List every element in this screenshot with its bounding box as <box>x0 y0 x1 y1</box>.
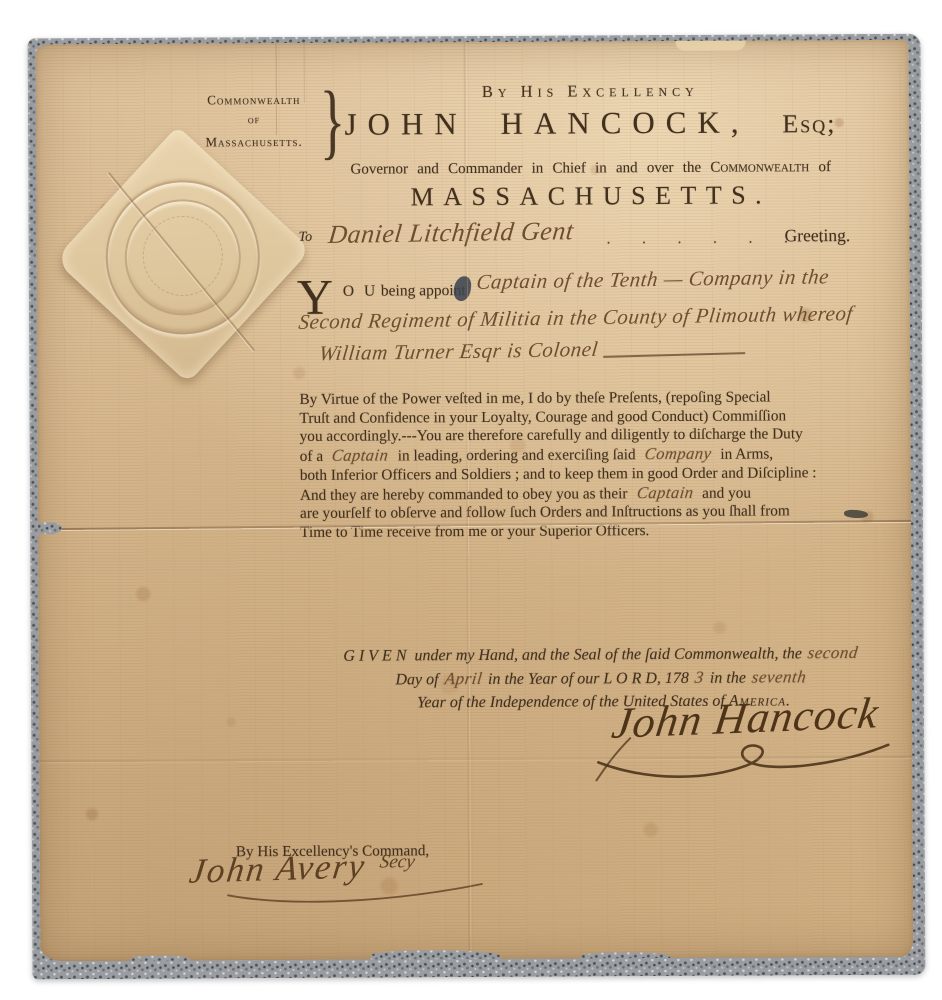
governor-line-commonwealth: Commonwealth <box>710 159 809 176</box>
body-line-5: both Inferior Officers and Soldiers ; an… <box>300 464 884 486</box>
ink-blot <box>453 275 472 302</box>
signature-name-text: John Hancock <box>608 687 881 749</box>
appointment-handwritten-line3: William Turner Esqr is Colonel <box>318 337 600 366</box>
given-line-1: GIVEN under my Hand, and the Seal of the… <box>307 641 901 668</box>
hancock-name: John Hancock, <box>344 105 749 142</box>
handwritten-day-ordinal: second <box>807 641 860 664</box>
governor-line: Governor and Commander in Chief in and o… <box>298 159 883 179</box>
given-line-1-rest: under my Hand, and the Seal of the ſaid … <box>414 645 802 664</box>
backing-board: Commonwealth of Massachusetts. } By His … <box>28 34 926 980</box>
signature-john-avery: John Avery Secy <box>190 848 490 906</box>
recipient-name-handwritten: Daniel Litchfield Gent <box>327 216 575 250</box>
esquire-abbrev: Esq; <box>782 109 836 138</box>
avery-name-text: John Avery <box>187 846 369 892</box>
signature-john-hancock: John Hancock <box>577 692 913 785</box>
handwritten-company: Company <box>644 445 713 464</box>
handwritten-independence-year: seventh <box>751 665 808 688</box>
bottom-edge-wear-3 <box>130 956 190 962</box>
appointment-handwritten-line2: Second Regiment of Militia in the County… <box>297 301 854 335</box>
governor-line-suffix: of <box>809 159 831 175</box>
governor-line-prefix: Governor and Commander in Chief in and o… <box>350 160 710 178</box>
given-line-2c: in the <box>710 670 746 687</box>
bottom-edge-wear-2 <box>580 952 670 960</box>
john-hancock-title-line: John Hancock, Esq; <box>298 104 883 143</box>
handwritten-year-digit: 3 <box>694 666 706 689</box>
body-line-4c: in Arms, <box>720 446 773 463</box>
left-edge-fold-notch <box>36 522 62 534</box>
appointment-handwritten-line1: Captain of the Tenth — Company in the <box>475 264 830 295</box>
body-line-6b: and you <box>702 484 751 501</box>
given-line-2: Day ofAprilin the Year of our L O R D, 1… <box>307 665 901 692</box>
document-paper: Commonwealth of Massachusetts. } By His … <box>36 40 914 962</box>
embossed-paper-seal <box>54 126 311 383</box>
commission-body-paragraph: By Virtue of the Power veſted in me, I d… <box>299 388 884 543</box>
handwritten-month: April <box>443 667 483 690</box>
handwritten-flourish-dash <box>603 352 745 358</box>
body-line-8: Time to Time receive from me or your Sup… <box>300 521 884 543</box>
body-line-4a: of a <box>300 448 323 465</box>
body-line-6a: And they are hereby commanded to obey yo… <box>300 485 628 504</box>
by-his-excellency-line: By His Excellency <box>298 80 883 103</box>
given-word: GIVEN <box>343 647 410 664</box>
massachusetts-line: MASSACHUSETTS. <box>298 180 883 213</box>
greeting-word: Greeting. <box>785 225 851 246</box>
handwritten-captain-2: Captain <box>635 483 694 502</box>
handwritten-captain-1: Captain <box>331 447 390 466</box>
bottom-edge-wear-1 <box>370 950 500 961</box>
top-edge-fold-tab <box>676 40 746 51</box>
body-line-4b: in leading, ordering and exerciſing ſaid <box>398 446 636 464</box>
fold-tear-slit <box>844 510 868 519</box>
salutation-to: To <box>299 230 313 246</box>
given-line-2b: in the Year of our L O R D, 178 <box>488 670 689 688</box>
given-line-2a: Day of <box>395 671 438 688</box>
you-caps: O U <box>343 283 378 301</box>
avery-secretary-abbrev: Secy <box>378 851 416 873</box>
document-photo: Commonwealth of Massachusetts. } By His … <box>0 0 942 1000</box>
body-line-3: you accordingly.---You are therefore car… <box>300 425 884 447</box>
